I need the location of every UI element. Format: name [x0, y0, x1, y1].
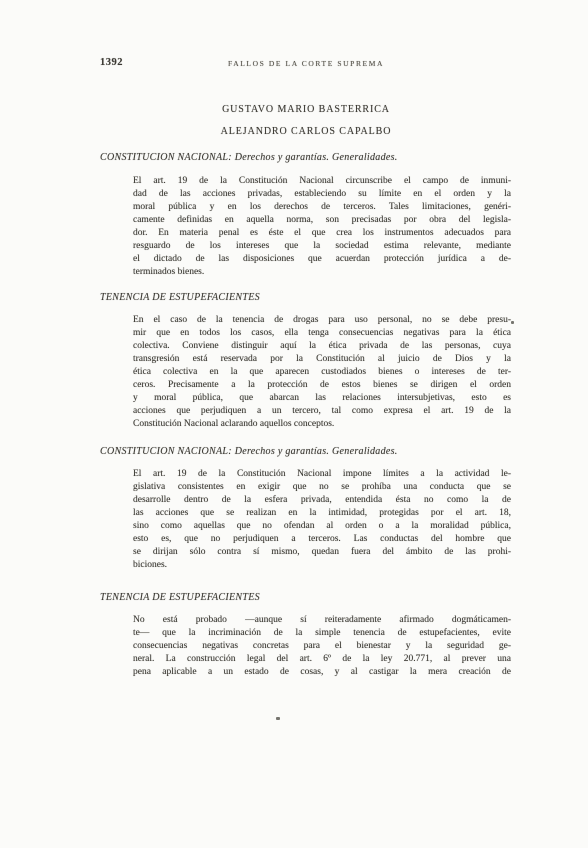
scan-speck [511, 321, 514, 324]
scan-speck [276, 717, 280, 720]
section-4-heading: TENENCIA DE ESTUPEFACIENTES [100, 592, 512, 603]
case-party-1: GUSTAVO MARIO BASTERRICA [100, 104, 512, 115]
section-1-body: El art. 19 de la Constitución Nacional c… [133, 175, 511, 279]
running-header: FALLOS DE LA CORTE SUPREMA [100, 59, 512, 68]
page-header: 1392 FALLOS DE LA CORTE SUPREMA [100, 57, 512, 71]
section-3-heading: CONSTITUCION NACIONAL: Derechos y garant… [100, 446, 512, 457]
case-party-2: ALEJANDRO CARLOS CAPALBO [100, 126, 512, 137]
document-page: 1392 FALLOS DE LA CORTE SUPREMA GUSTAVO … [0, 0, 588, 848]
section-4-body: No está probado —aunque sí reiteradament… [133, 614, 511, 679]
section-2-heading: TENENCIA DE ESTUPEFACIENTES [100, 292, 512, 303]
section-3-body: El art. 19 de la Constitución Nacional i… [133, 468, 511, 572]
section-2-body: En el caso de la tenencia de drogas para… [133, 314, 511, 431]
section-1-heading: CONSTITUCION NACIONAL: Derechos y garant… [100, 152, 512, 163]
